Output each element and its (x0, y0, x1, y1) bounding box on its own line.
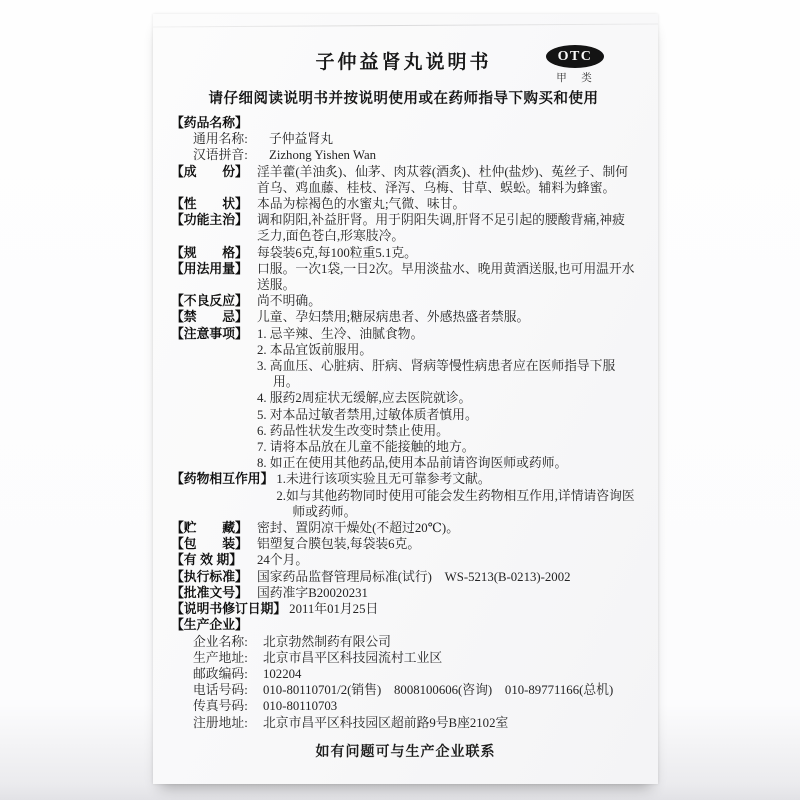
section-label: 【药品名称】 (171, 115, 257, 131)
section-label: 【规 格】 (171, 245, 257, 261)
section-text: 调和阴阳,补益肝肾。用于阴阳失调,肝肾不足引起的腰酸背痛,神疲乏力,面色苍白,形… (257, 212, 636, 244)
section-text: 儿童、孕妇禁用;糖尿病患者、外感热盛者禁服。 (257, 309, 636, 325)
drug-name-subrows: 通用名称: 子仲益肾丸 汉语拼音: Zizhong Yishen Wan (171, 131, 636, 163)
leaflet-body: 【药品名称】 通用名称: 子仲益肾丸 汉语拼音: Zizhong Yishen … (171, 115, 636, 731)
phone-number-row: 电话号码: 010-80110701/2(销售) 8008100606(咨询) … (193, 682, 636, 698)
section-label: 【不良反应】 (171, 293, 257, 309)
field-key: 电话号码: (193, 682, 263, 698)
section-text: 口服。一次1袋,一日2次。早用淡盐水、晚用黄酒送服,也可用温开水送服。 (257, 261, 636, 293)
precaution-item: 4. 服药2周症状无缓解,应去医院就诊。 (257, 390, 636, 406)
precaution-item: 5. 对本品过敏者禁用,过敏体质者慎用。 (257, 407, 636, 423)
section-label: 【用法用量】 (171, 261, 257, 277)
pinyin-row: 汉语拼音: Zizhong Yishen Wan (193, 147, 636, 163)
field-key: 传真号码: (193, 698, 263, 714)
field-key: 汉语拼音: (193, 147, 269, 163)
otc-category-label: 甲 类 (544, 70, 606, 85)
field-value: 010-80110701/2(销售) 8008100606(咨询) 010-89… (263, 682, 613, 698)
section-adverse-reactions: 【不良反应】 尚不明确。 (171, 293, 636, 309)
section-label: 【功能主治】 (171, 212, 257, 228)
precaution-item: 7. 请将本品放在儿童不能接触的地方。 (257, 439, 636, 455)
postal-code-row: 邮政编码: 102204 (193, 666, 636, 682)
section-text: 淫羊藿(羊油炙)、仙茅、肉苁蓉(酒炙)、杜仲(盐炒)、菟丝子、制何首乌、鸡血藤、… (257, 164, 636, 196)
section-standard: 【执行标准】 国家药品监督管理局标准(试行) WS-5213(B-0213)-2… (171, 569, 636, 585)
section-revision-date: 【说明书修订日期】 2011年01月25日 (171, 601, 636, 617)
otc-logo: OTC (546, 45, 604, 68)
section-text: 铝塑复合膜包装,每袋装6克。 (257, 536, 636, 552)
section-label: 【有 效 期】 (171, 552, 257, 568)
interaction-item: 2.如与其他药物同时使用可能会发生药物相互作用,详情请咨询医师或药师。 (276, 488, 636, 520)
manufacturer-subrows: 企业名称: 北京勃然制药有限公司 生产地址: 北京市昌平区科技园流村工业区 邮政… (171, 634, 636, 731)
precaution-item: 8. 如正在使用其他药品,使用本品前请咨询医师或药师。 (257, 455, 636, 471)
section-contraindications: 【禁 忌】 儿童、孕妇禁用;糖尿病患者、外感热盛者禁服。 (171, 309, 636, 325)
section-label: 【说明书修订日期】 (171, 601, 286, 617)
section-text: 24个月。 (257, 552, 636, 568)
fax-number-row: 传真号码: 010-80110703 (193, 698, 636, 714)
precaution-list: 1. 忌辛辣、生冷、油腻食物。 2. 本品宜饭前服用。 3. 高血压、心脏病、肝… (257, 326, 636, 472)
section-dosage: 【用法用量】 口服。一次1袋,一日2次。早用淡盐水、晚用黄酒送服,也可用温开水送… (171, 261, 636, 293)
section-drug-name: 【药品名称】 (171, 115, 636, 131)
section-specification: 【规 格】 每袋装6克,每100粒重5.1克。 (171, 245, 636, 261)
section-label: 【药物相互作用】 (171, 471, 273, 487)
field-value: 北京市昌平区科技园流村工业区 (263, 650, 442, 666)
section-text: 2011年01月25日 (289, 601, 636, 617)
section-packaging: 【包 装】 铝塑复合膜包装,每袋装6克。 (171, 536, 636, 552)
registered-address-row: 注册地址: 北京市昌平区科技园区超前路9号B座2102室 (193, 715, 636, 731)
section-label: 【性 状】 (171, 196, 257, 212)
precaution-item: 3. 高血压、心脏病、肝病、肾病等慢性病患者应在医师指导下服用。 (257, 358, 636, 390)
section-label: 【禁 忌】 (171, 309, 257, 325)
section-label: 【生产企业】 (171, 617, 257, 633)
field-key: 生产地址: (193, 650, 263, 666)
section-text: 每袋装6克,每100粒重5.1克。 (257, 245, 636, 261)
section-label: 【贮 藏】 (171, 520, 257, 536)
usage-notice: 请仔细阅读说明书并按说明使用或在药师指导下购买和使用 (171, 87, 636, 108)
section-approval-number: 【批准文号】 国药准字B20020231 (171, 585, 636, 601)
section-text: 本品为棕褐色的水蜜丸;气微、味甘。 (257, 196, 636, 212)
section-indications: 【功能主治】 调和阴阳,补益肝肾。用于阴阳失调,肝肾不足引起的腰酸背痛,神疲乏力… (171, 212, 636, 244)
field-value: Zizhong Yishen Wan (269, 147, 376, 163)
section-validity: 【有 效 期】 24个月。 (171, 552, 636, 568)
generic-name-row: 通用名称: 子仲益肾丸 (193, 131, 636, 147)
field-value: 北京市昌平区科技园区超前路9号B座2102室 (263, 715, 508, 731)
field-key: 通用名称: (193, 131, 269, 147)
precaution-item: 2. 本品宜饭前服用。 (257, 342, 636, 358)
leaflet-sheet: OTC 甲 类 子仲益肾丸说明书 请仔细阅读说明书并按说明使用或在药师指导下购买… (153, 14, 658, 784)
section-text: 尚不明确。 (257, 293, 636, 309)
field-value: 010-80110703 (263, 698, 337, 714)
section-label: 【批准文号】 (171, 585, 257, 601)
field-value: 北京勃然制药有限公司 (263, 634, 391, 650)
section-label: 【包 装】 (171, 536, 257, 552)
production-address-row: 生产地址: 北京市昌平区科技园流村工业区 (193, 650, 636, 666)
section-text: 国家药品监督管理局标准(试行) WS-5213(B-0213)-2002 (257, 569, 636, 585)
section-precautions: 【注意事项】 1. 忌辛辣、生冷、油腻食物。 2. 本品宜饭前服用。 3. 高血… (171, 326, 636, 472)
section-storage: 【贮 藏】 密封、置阴凉干燥处(不超过20℃)。 (171, 520, 636, 536)
section-label: 【执行标准】 (171, 569, 257, 585)
section-text: 密封、置阴凉干燥处(不超过20℃)。 (257, 520, 636, 536)
section-description: 【性 状】 本品为棕褐色的水蜜丸;气微、味甘。 (171, 196, 636, 212)
field-key: 注册地址: (193, 715, 263, 731)
interaction-item: 1.未进行该项实验且无可靠参考文献。 (276, 471, 636, 487)
interaction-list: 1.未进行该项实验且无可靠参考文献。 2.如与其他药物同时使用可能会发生药物相互… (276, 471, 636, 520)
section-text: 国药准字B20020231 (257, 585, 636, 601)
field-key: 企业名称: (193, 634, 263, 650)
precaution-item: 6. 药品性状发生改变时禁止使用。 (257, 423, 636, 439)
contact-note: 如有问题可与生产企业联系 (153, 741, 658, 761)
section-manufacturer: 【生产企业】 (171, 617, 636, 633)
otc-badge: OTC 甲 类 (544, 45, 606, 85)
company-name-row: 企业名称: 北京勃然制药有限公司 (193, 634, 636, 650)
field-value: 子仲益肾丸 (269, 131, 333, 147)
field-value: 102204 (263, 666, 301, 682)
precaution-item: 1. 忌辛辣、生冷、油腻食物。 (257, 326, 636, 342)
section-label: 【成 份】 (171, 164, 257, 180)
section-drug-interactions: 【药物相互作用】 1.未进行该项实验且无可靠参考文献。 2.如与其他药物同时使用… (171, 471, 636, 520)
section-ingredients: 【成 份】 淫羊藿(羊油炙)、仙茅、肉苁蓉(酒炙)、杜仲(盐炒)、菟丝子、制何首… (171, 164, 636, 196)
section-label: 【注意事项】 (171, 326, 257, 342)
field-key: 邮政编码: (193, 666, 263, 682)
